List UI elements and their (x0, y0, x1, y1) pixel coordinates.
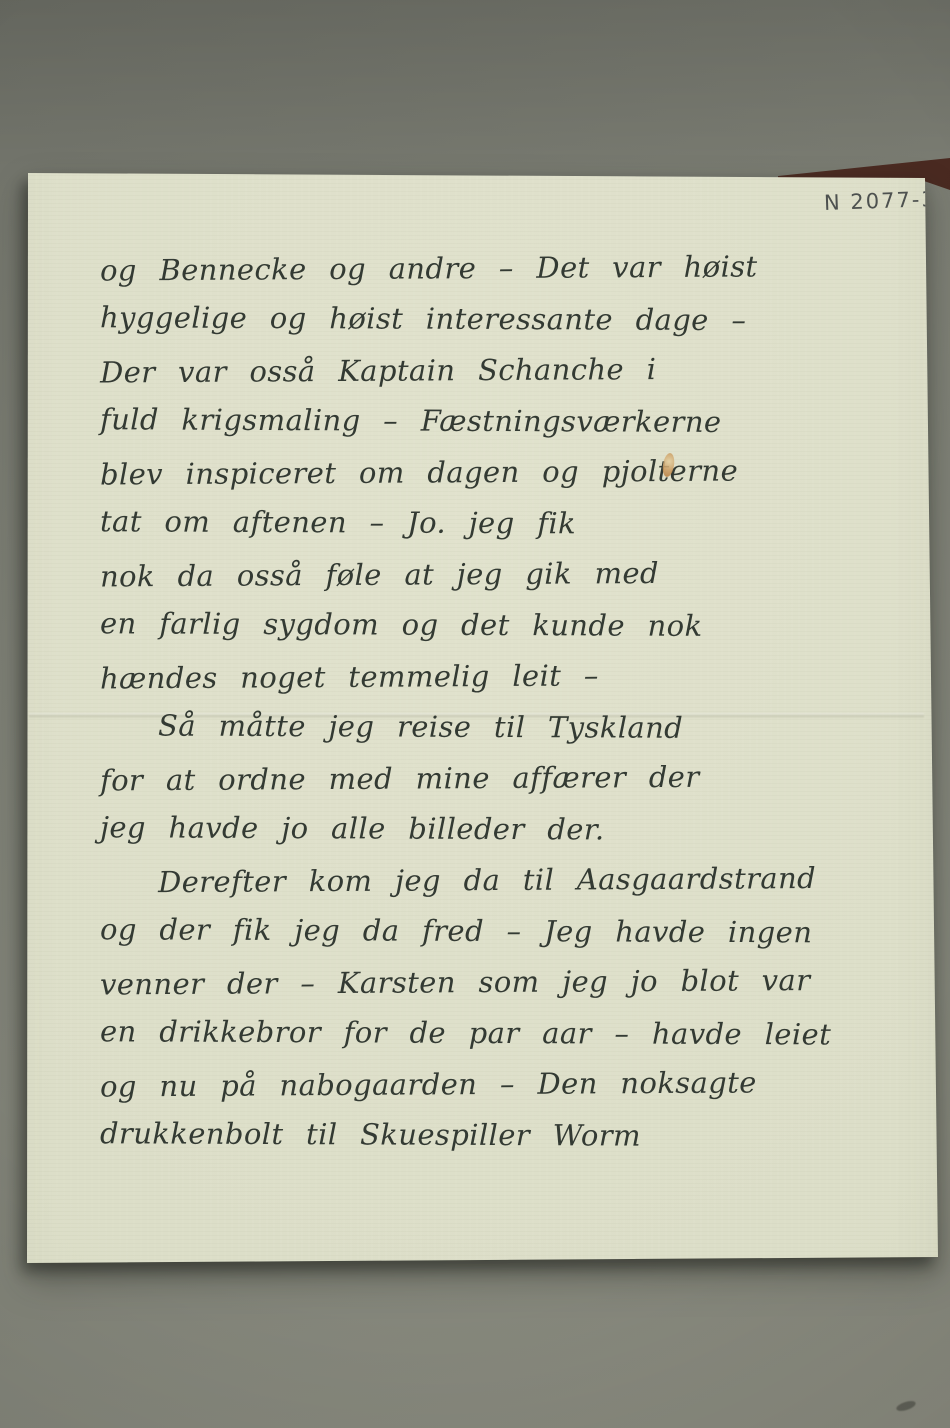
handwriting-line: nok da osså føle at jeg gik med (100, 547, 900, 603)
handwriting-block: og Bennecke og andre – Det var høist hyg… (100, 243, 900, 1161)
paper-shadow-wrapper: N 2077-3 og Bennecke og andre – Det var … (0, 0, 950, 1428)
handwriting-line: en farlig sygdom og det kunde nok (100, 598, 900, 652)
handwriting-line: Der var osså Kaptain Schanche i (100, 343, 900, 399)
handwriting-line: Derefter kom jeg da til Aasgaardstrand (100, 853, 900, 909)
handwriting-line: hyggelige og høist interessante dage – (100, 292, 900, 346)
handwriting-line: blev inspiceret om dagen og pjolterne (100, 445, 900, 501)
handwriting-line: jeg havde jo alle billeder der. (100, 802, 900, 856)
handwriting-line: fuld krigsmaling – Fæstningsværkerne (100, 394, 900, 448)
handwriting-line: tat om aftenen – Jo. jeg fik (100, 496, 900, 550)
handwriting-line: og nu på nabogaarden – Den noksagte (100, 1057, 900, 1113)
handwriting-line: venner der – Karsten som jeg jo blot var (100, 955, 900, 1011)
handwriting-line: for at ordne med mine affærer der (100, 751, 900, 807)
handwriting-line: en drikkebror for de par aar – havde lei… (100, 1006, 900, 1060)
photo-of-letter: { "catalog_number": "N 2077-3", "letter"… (0, 0, 950, 1428)
handwriting-line: og Bennecke og andre – Det var høist (100, 241, 900, 297)
handwriting-line: drukkenbolt til Skuespiller Worm (100, 1108, 900, 1162)
catalog-number: N 2077-3 (824, 187, 938, 215)
letter-page: N 2077-3 og Bennecke og andre – Det var … (0, 0, 950, 1428)
handwriting-line: og der fik jeg da fred – Jeg havde ingen (100, 904, 900, 958)
handwriting-line: hændes noget temmelig leit – (100, 649, 900, 705)
handwriting-line: Så måtte jeg reise til Tyskland (100, 700, 900, 754)
